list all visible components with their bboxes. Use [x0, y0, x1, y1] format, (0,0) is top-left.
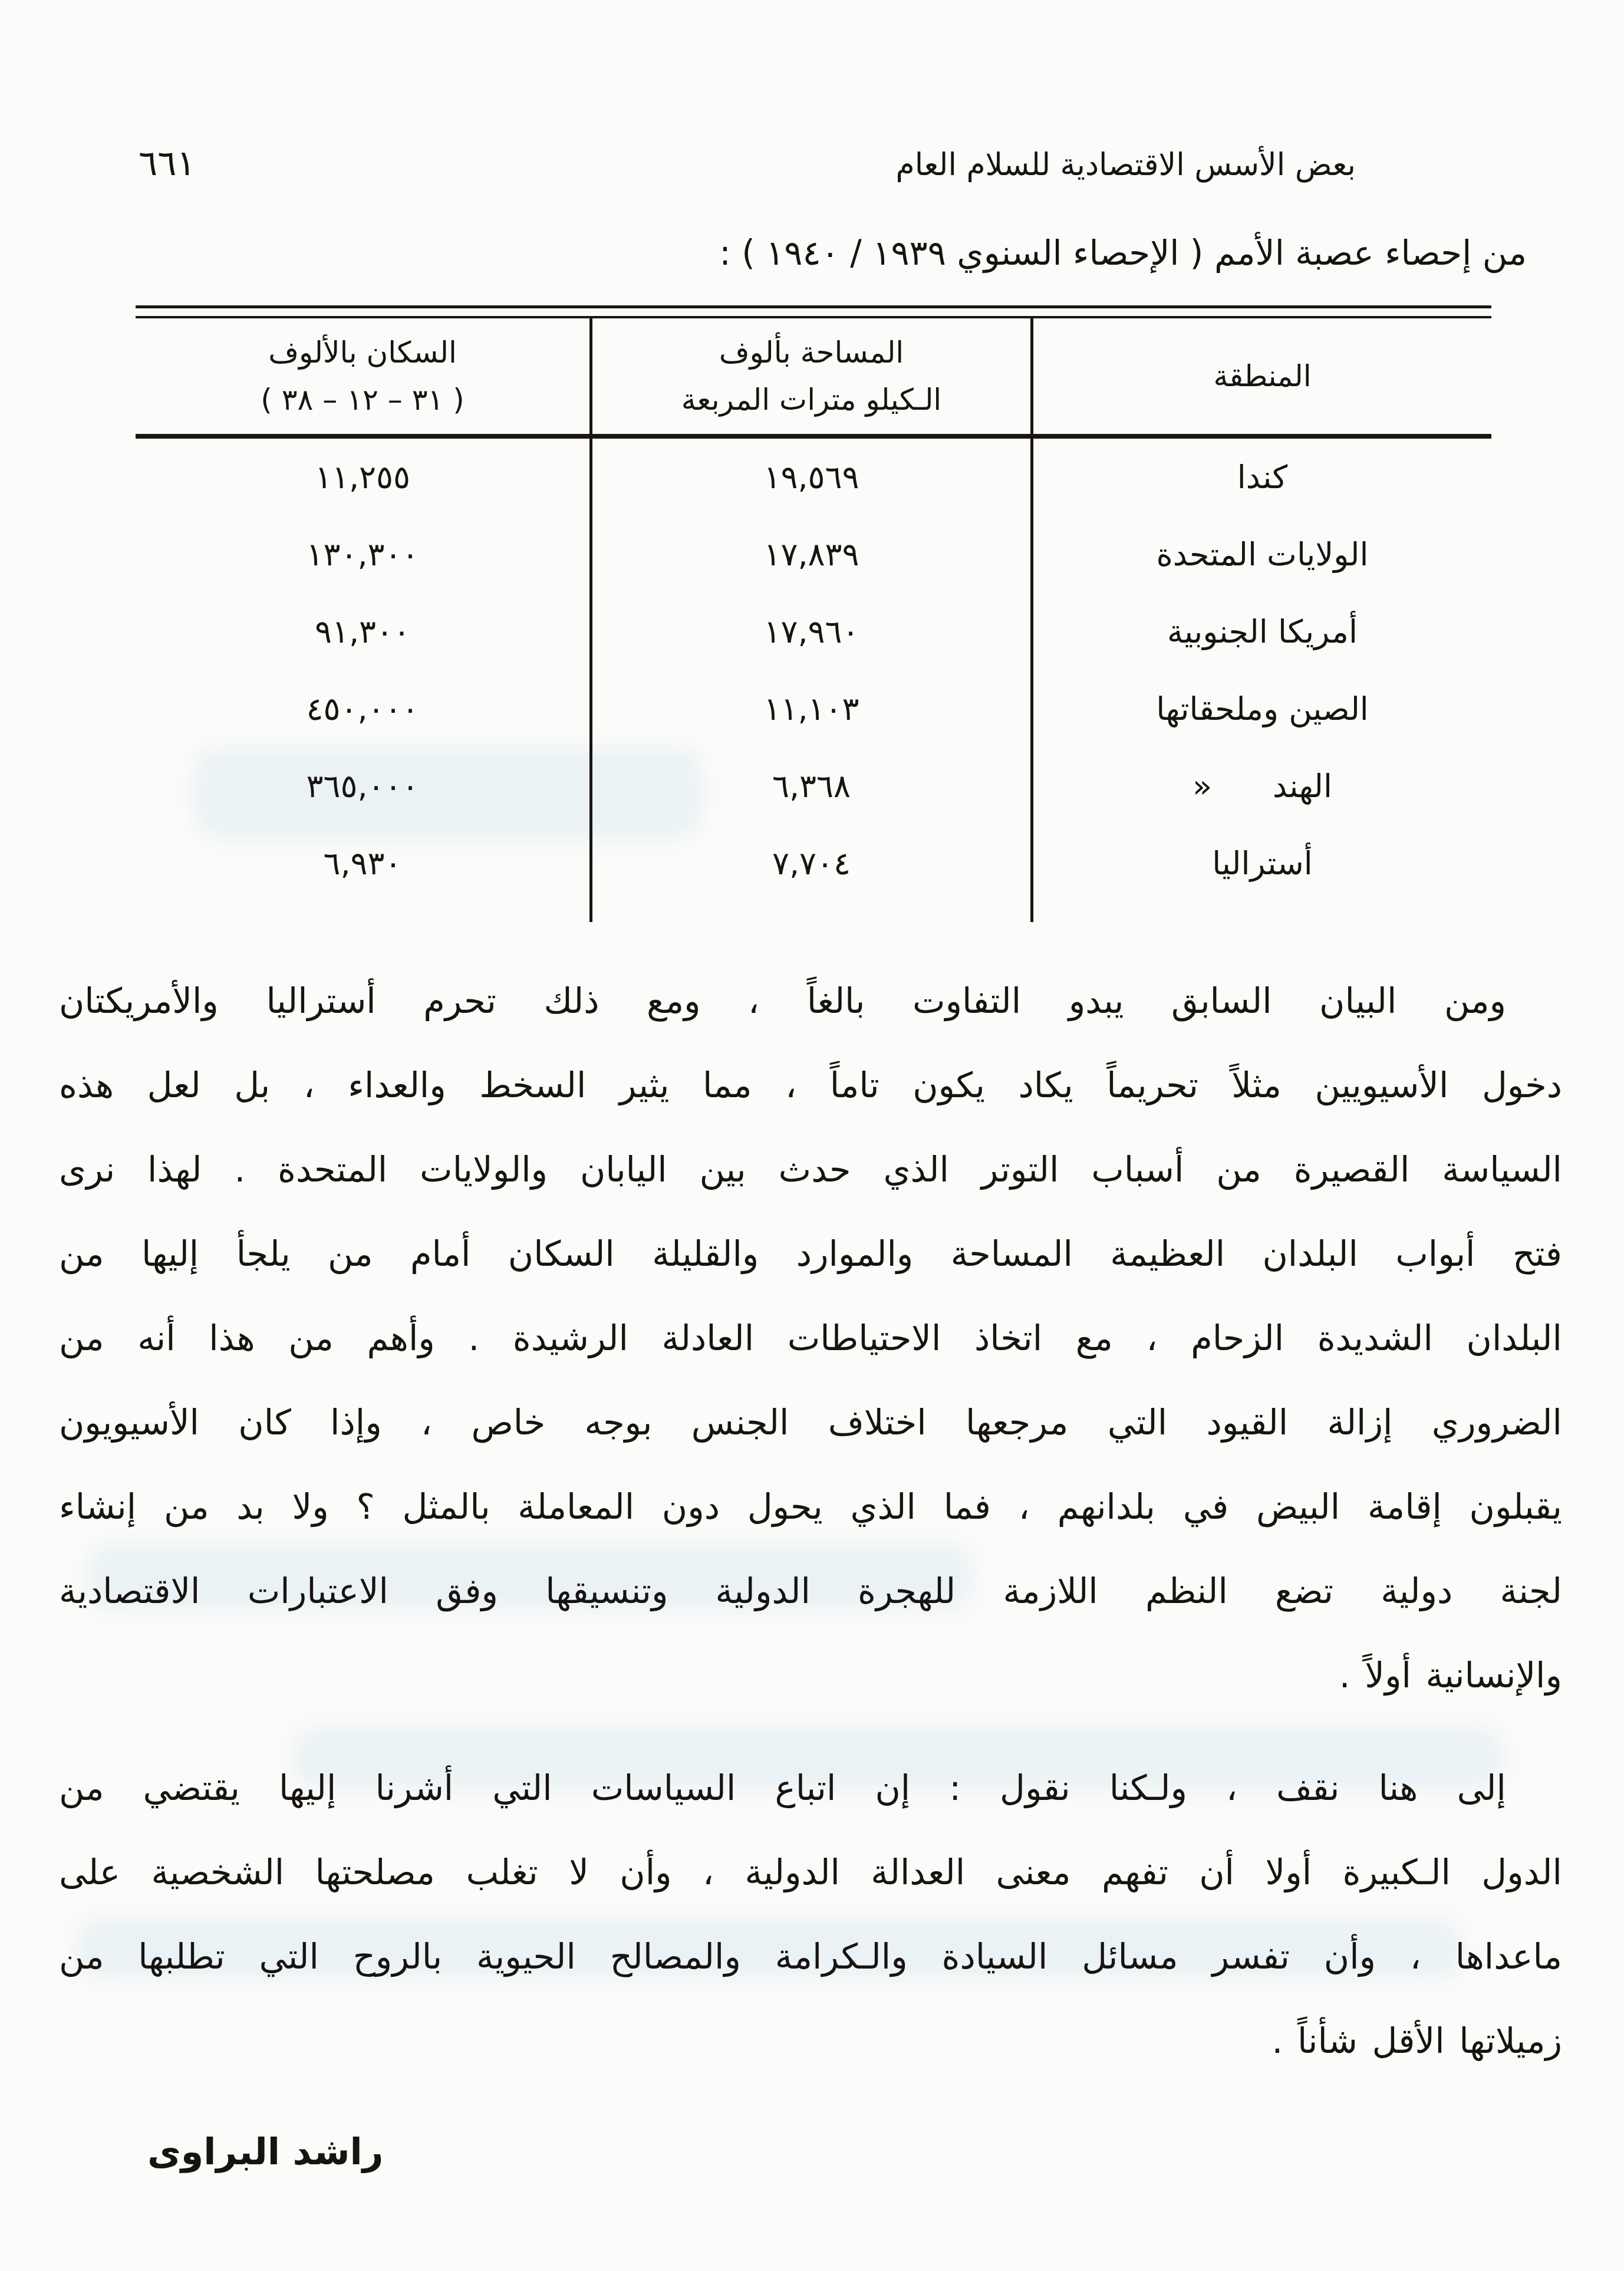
region-cell: الولايات المتحدة [1030, 516, 1491, 593]
text-line: ماعداها ، وأن تفسر مسائل السيادة والـكرا… [59, 1914, 1562, 1999]
text-line: والإنسانية أولاً . [59, 1633, 1562, 1717]
paragraph: ومن البيان السابق يبدو التفاوت بالغاً ، … [59, 959, 1562, 1717]
header-area-line2: الـكيلو مترات المربعة [681, 376, 942, 423]
page-number: ٦٦١ [139, 143, 196, 184]
table-header-region: المنطقة [1030, 318, 1491, 434]
text-line: السياسة القصيرة من أسباب التوتر الذي حدث… [59, 1127, 1562, 1212]
region-cell: الهند « [1030, 748, 1491, 825]
population-cell: ١٣٠,٣٠٠ [136, 516, 589, 593]
region-cell: الصين وملحقاتها [1030, 670, 1491, 748]
text-line: يقبلون إقامة البيض في بلدانهم ، فما الذي… [59, 1464, 1562, 1549]
text-line: زميلاتها الأقل شأناً . [59, 1999, 1562, 2083]
table-row: الولايات المتحدة ١٧,٨٣٩ ١٣٠,٣٠٠ [136, 516, 1491, 593]
table-header-row: المنطقة المساحة بألوف الـكيلو مترات المر… [136, 318, 1491, 439]
text-line: دخول الأسيويين مثلاً تحريماً يكاد يكون ت… [59, 1043, 1562, 1127]
header-area-line1: المساحة بألوف [719, 329, 904, 376]
author-signature: راشد البراوى [59, 2130, 1562, 2173]
intro-line: من إحصاء عصبة الأمم ( الإحصاء السنوي ١٩٣… [59, 233, 1562, 273]
table-row: كندا ١٩,٥٦٩ ١١,٢٥٥ [136, 439, 1491, 516]
table-row: أستراليا ٧,٧٠٤ ٦,٩٣٠ [136, 825, 1491, 902]
population-cell: ١١,٢٥٥ [136, 439, 589, 516]
stats-table: المنطقة المساحة بألوف الـكيلو مترات المر… [136, 305, 1491, 922]
table-row: أمريكا الجنوبية ١٧,٩٦٠ ٩١,٣٠٠ [136, 593, 1491, 670]
running-header: بعض الأسس الاقتصادية للسلام العام [895, 147, 1356, 183]
table-row: الهند « ٦,٣٦٨ ٣٦٥,٠٠٠ [136, 748, 1491, 825]
vertical-rule [589, 902, 1030, 922]
population-cell: ٣٦٥,٠٠٠ [136, 748, 589, 825]
area-cell: ١٧,٨٣٩ [589, 516, 1030, 593]
population-cell: ٤٥٠,٠٠٠ [136, 670, 589, 748]
spacer [136, 902, 589, 922]
text-line: البلدان الشديدة الزحام ، مع اتخاذ الاحتي… [59, 1296, 1562, 1380]
paragraph: إلى هنا نقف ، ولـكنا نقول : إن اتباع الس… [59, 1746, 1562, 2083]
text-line: الضروري إزالة القيود التي مرجعها اختلاف … [59, 1380, 1562, 1464]
area-cell: ٧,٧٠٤ [589, 825, 1030, 902]
header-population-line2: ( ٣١ – ١٢ – ٣٨ ) [261, 376, 465, 423]
header-population-line1: السكان بالألوف [268, 329, 457, 376]
table-header-population: السكان بالألوف ( ٣١ – ١٢ – ٣٨ ) [136, 318, 589, 434]
population-cell: ٦,٩٣٠ [136, 825, 589, 902]
text-line: لجنة دولية تضع النظم اللازمة للهجرة الدو… [59, 1549, 1562, 1633]
table-header-area: المساحة بألوف الـكيلو مترات المربعة [589, 318, 1030, 434]
page-content: من إحصاء عصبة الأمم ( الإحصاء السنوي ١٩٣… [0, 233, 1624, 2173]
area-cell: ٦,٣٦٨ [589, 748, 1030, 825]
text-line: الدول الـكبيرة أولا أن تفهم معنى العدالة… [59, 1830, 1562, 1914]
population-cell: ٩١,٣٠٠ [136, 593, 589, 670]
area-cell: ١٧,٩٦٠ [589, 593, 1030, 670]
region-cell: أمريكا الجنوبية [1030, 593, 1491, 670]
table-row: الصين وملحقاتها ١١,١٠٣ ٤٥٠,٠٠٠ [136, 670, 1491, 748]
text-line: ومن البيان السابق يبدو التفاوت بالغاً ، … [59, 959, 1562, 1043]
table-tail-rules [136, 902, 1491, 922]
text-line: فتح أبواب البلدان العظيمة المساحة والموا… [59, 1212, 1562, 1296]
table-top-double-rule [136, 305, 1491, 318]
area-cell: ١١,١٠٣ [589, 670, 1030, 748]
vertical-rule [1030, 902, 1491, 922]
text-line: إلى هنا نقف ، ولـكنا نقول : إن اتباع الس… [59, 1746, 1562, 1830]
area-cell: ١٩,٥٦٩ [589, 439, 1030, 516]
header-region-label: المنطقة [1213, 353, 1311, 400]
scanned-book-page: ٦٦١ بعض الأسس الاقتصادية للسلام العام من… [0, 0, 1624, 2271]
region-cell: كندا [1030, 439, 1491, 516]
region-cell: أستراليا [1030, 825, 1491, 902]
